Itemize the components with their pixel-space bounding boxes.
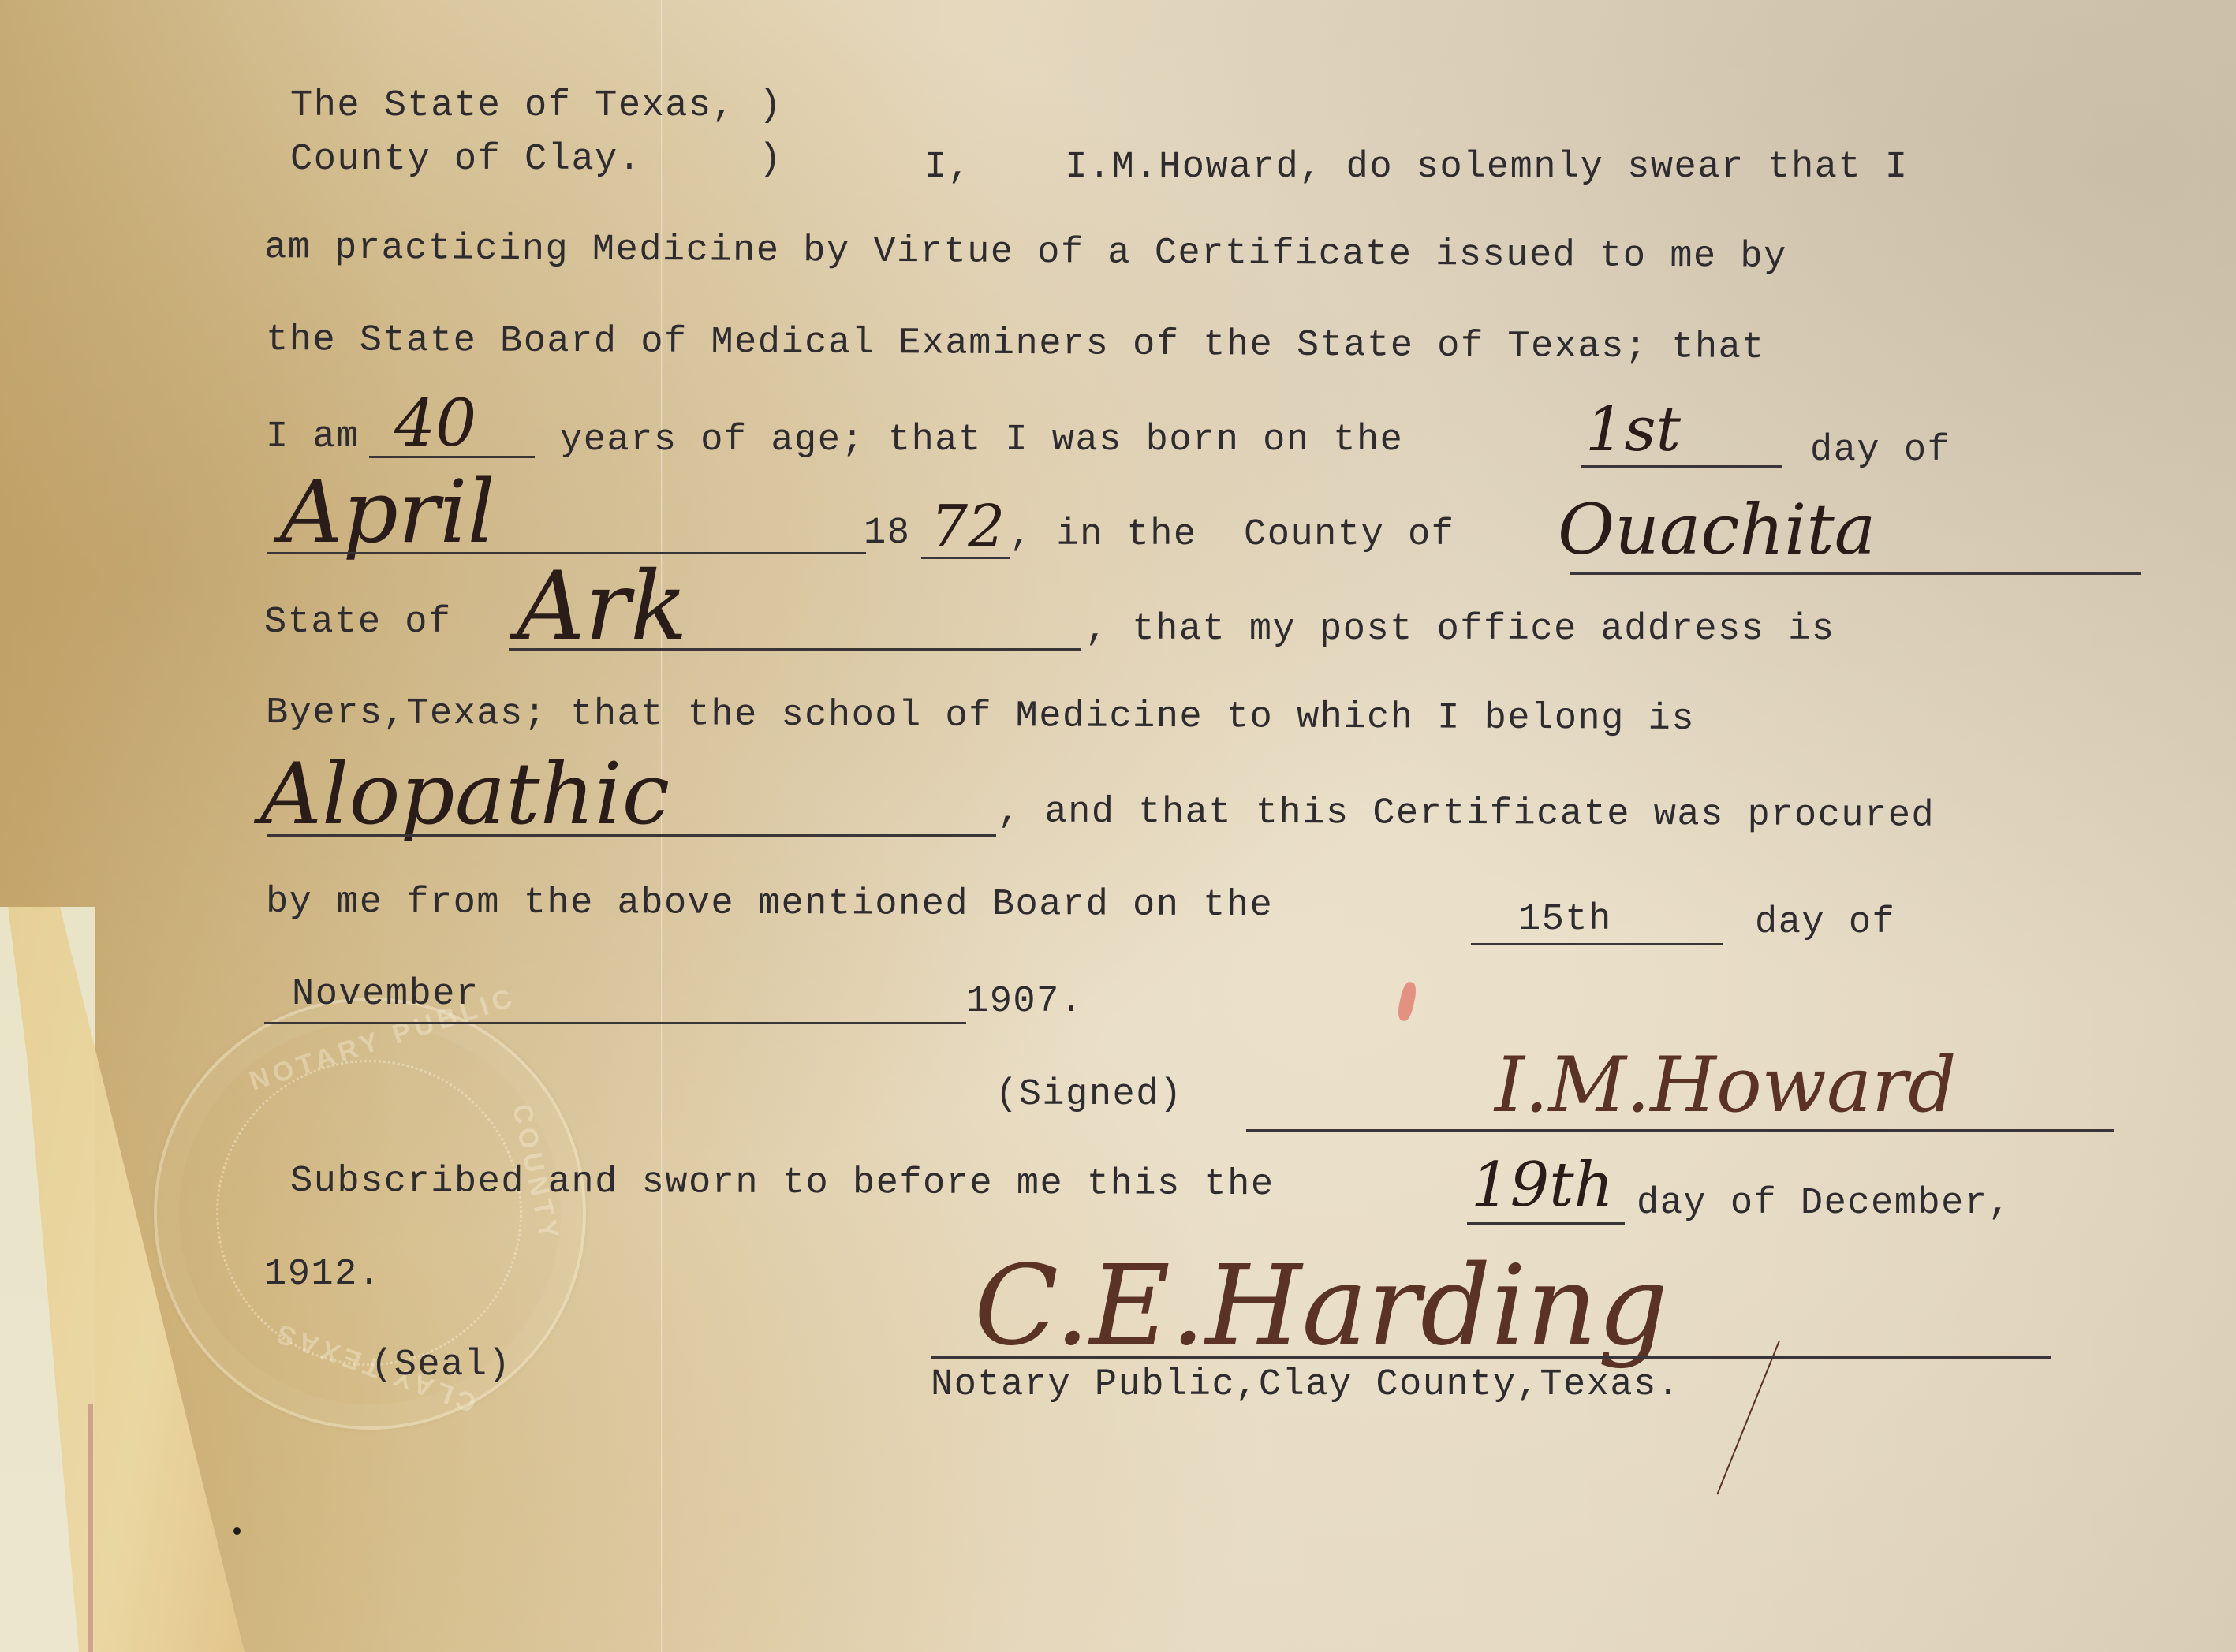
handwritten-birth-county: Ouachita	[1558, 489, 1876, 570]
birth-state-field-underline	[509, 648, 1081, 651]
birth-year-field-underline	[921, 557, 1010, 559]
sheet-edge-mark	[88, 1404, 93, 1652]
handwritten-sworn-day: 19th	[1471, 1150, 1614, 1221]
notary-title: Notary Public,Clay County,Texas.	[931, 1364, 1681, 1406]
handwritten-birth-state: Ark	[517, 552, 688, 662]
birth-year-prefix: 18	[864, 513, 910, 554]
handwritten-birth-day: 1st	[1585, 394, 1681, 465]
oath-line-8-end: , and that this Certificate was procured	[998, 791, 1935, 837]
oath-line-3: the State Board of Medical Examiners of …	[266, 319, 1765, 369]
notary-signature-line	[931, 1356, 2051, 1359]
handwritten-birth-month: April	[280, 461, 495, 562]
birth-county-field-underline	[1570, 572, 2141, 575]
ink-dot	[233, 1527, 241, 1535]
signature-pen-stroke	[1716, 1341, 1780, 1494]
red-ink-spot	[1396, 981, 1418, 1023]
oath-line-2: am practicing Medicine by Virtue of a Ce…	[264, 227, 1787, 278]
handwritten-school-of-medicine: Alopathic	[260, 745, 670, 844]
notary-signature: C.E.Harding	[974, 1242, 1668, 1370]
typed-certificate-day: 15th	[1518, 899, 1612, 941]
age-field-underline	[369, 456, 535, 458]
seal-label: (Seal)	[371, 1344, 511, 1386]
certificate-month-field-underline	[264, 1022, 966, 1024]
jurat-year: 1912.	[264, 1254, 382, 1296]
oath-line-6-start: State of	[264, 602, 452, 643]
oath-line-1: I, I.M.Howard, do solemnly swear that I	[924, 147, 1909, 188]
oath-line-6-end: , that my post office address is	[1085, 609, 1835, 651]
venue-county-line: County of Clay. )	[290, 139, 782, 181]
oath-line-7: Byers,Texas; that the school of Medicine…	[266, 692, 1695, 740]
birth-day-field-underline	[1581, 465, 1782, 468]
sworn-day-field-underline	[1467, 1222, 1625, 1225]
oath-line-9-start: by me from the above mentioned Board on …	[266, 882, 1273, 927]
notary-seal-emboss: NOTARY PUBLIC COUNTY CLAY TEXAS	[154, 998, 586, 1430]
oath-line-4-end: day of	[1810, 430, 1950, 472]
signature-line	[1246, 1129, 2114, 1132]
jurat-line-start: Subscribed and sworn to before me this t…	[290, 1161, 1275, 1206]
certificate-day-field-underline	[1471, 943, 1723, 945]
oath-line-5-middle: , in the County of	[1010, 514, 1454, 556]
oath-line-9-end: day of	[1755, 902, 1895, 944]
venue-state-line: The State of Texas, )	[290, 85, 782, 127]
seal-inner-ring	[216, 1060, 522, 1366]
jurat-line-end: day of December,	[1637, 1183, 2011, 1225]
signed-label: (Signed)	[995, 1074, 1183, 1116]
school-field-underline	[267, 834, 996, 837]
oath-line-4-middle: years of age; that I was born on the	[560, 420, 1403, 461]
typed-certificate-month: November	[292, 974, 480, 1016]
oath-line-4-start: I am	[266, 416, 360, 458]
scanned-affidavit-page: NOTARY PUBLIC COUNTY CLAY TEXAS The Stat…	[0, 0, 2236, 1652]
certificate-year: 1907.	[966, 981, 1084, 1023]
affiant-signature: I.M.Howard	[1495, 1041, 1957, 1129]
handwritten-age: 40	[394, 386, 476, 461]
handwritten-birth-year: 72	[931, 493, 1005, 561]
